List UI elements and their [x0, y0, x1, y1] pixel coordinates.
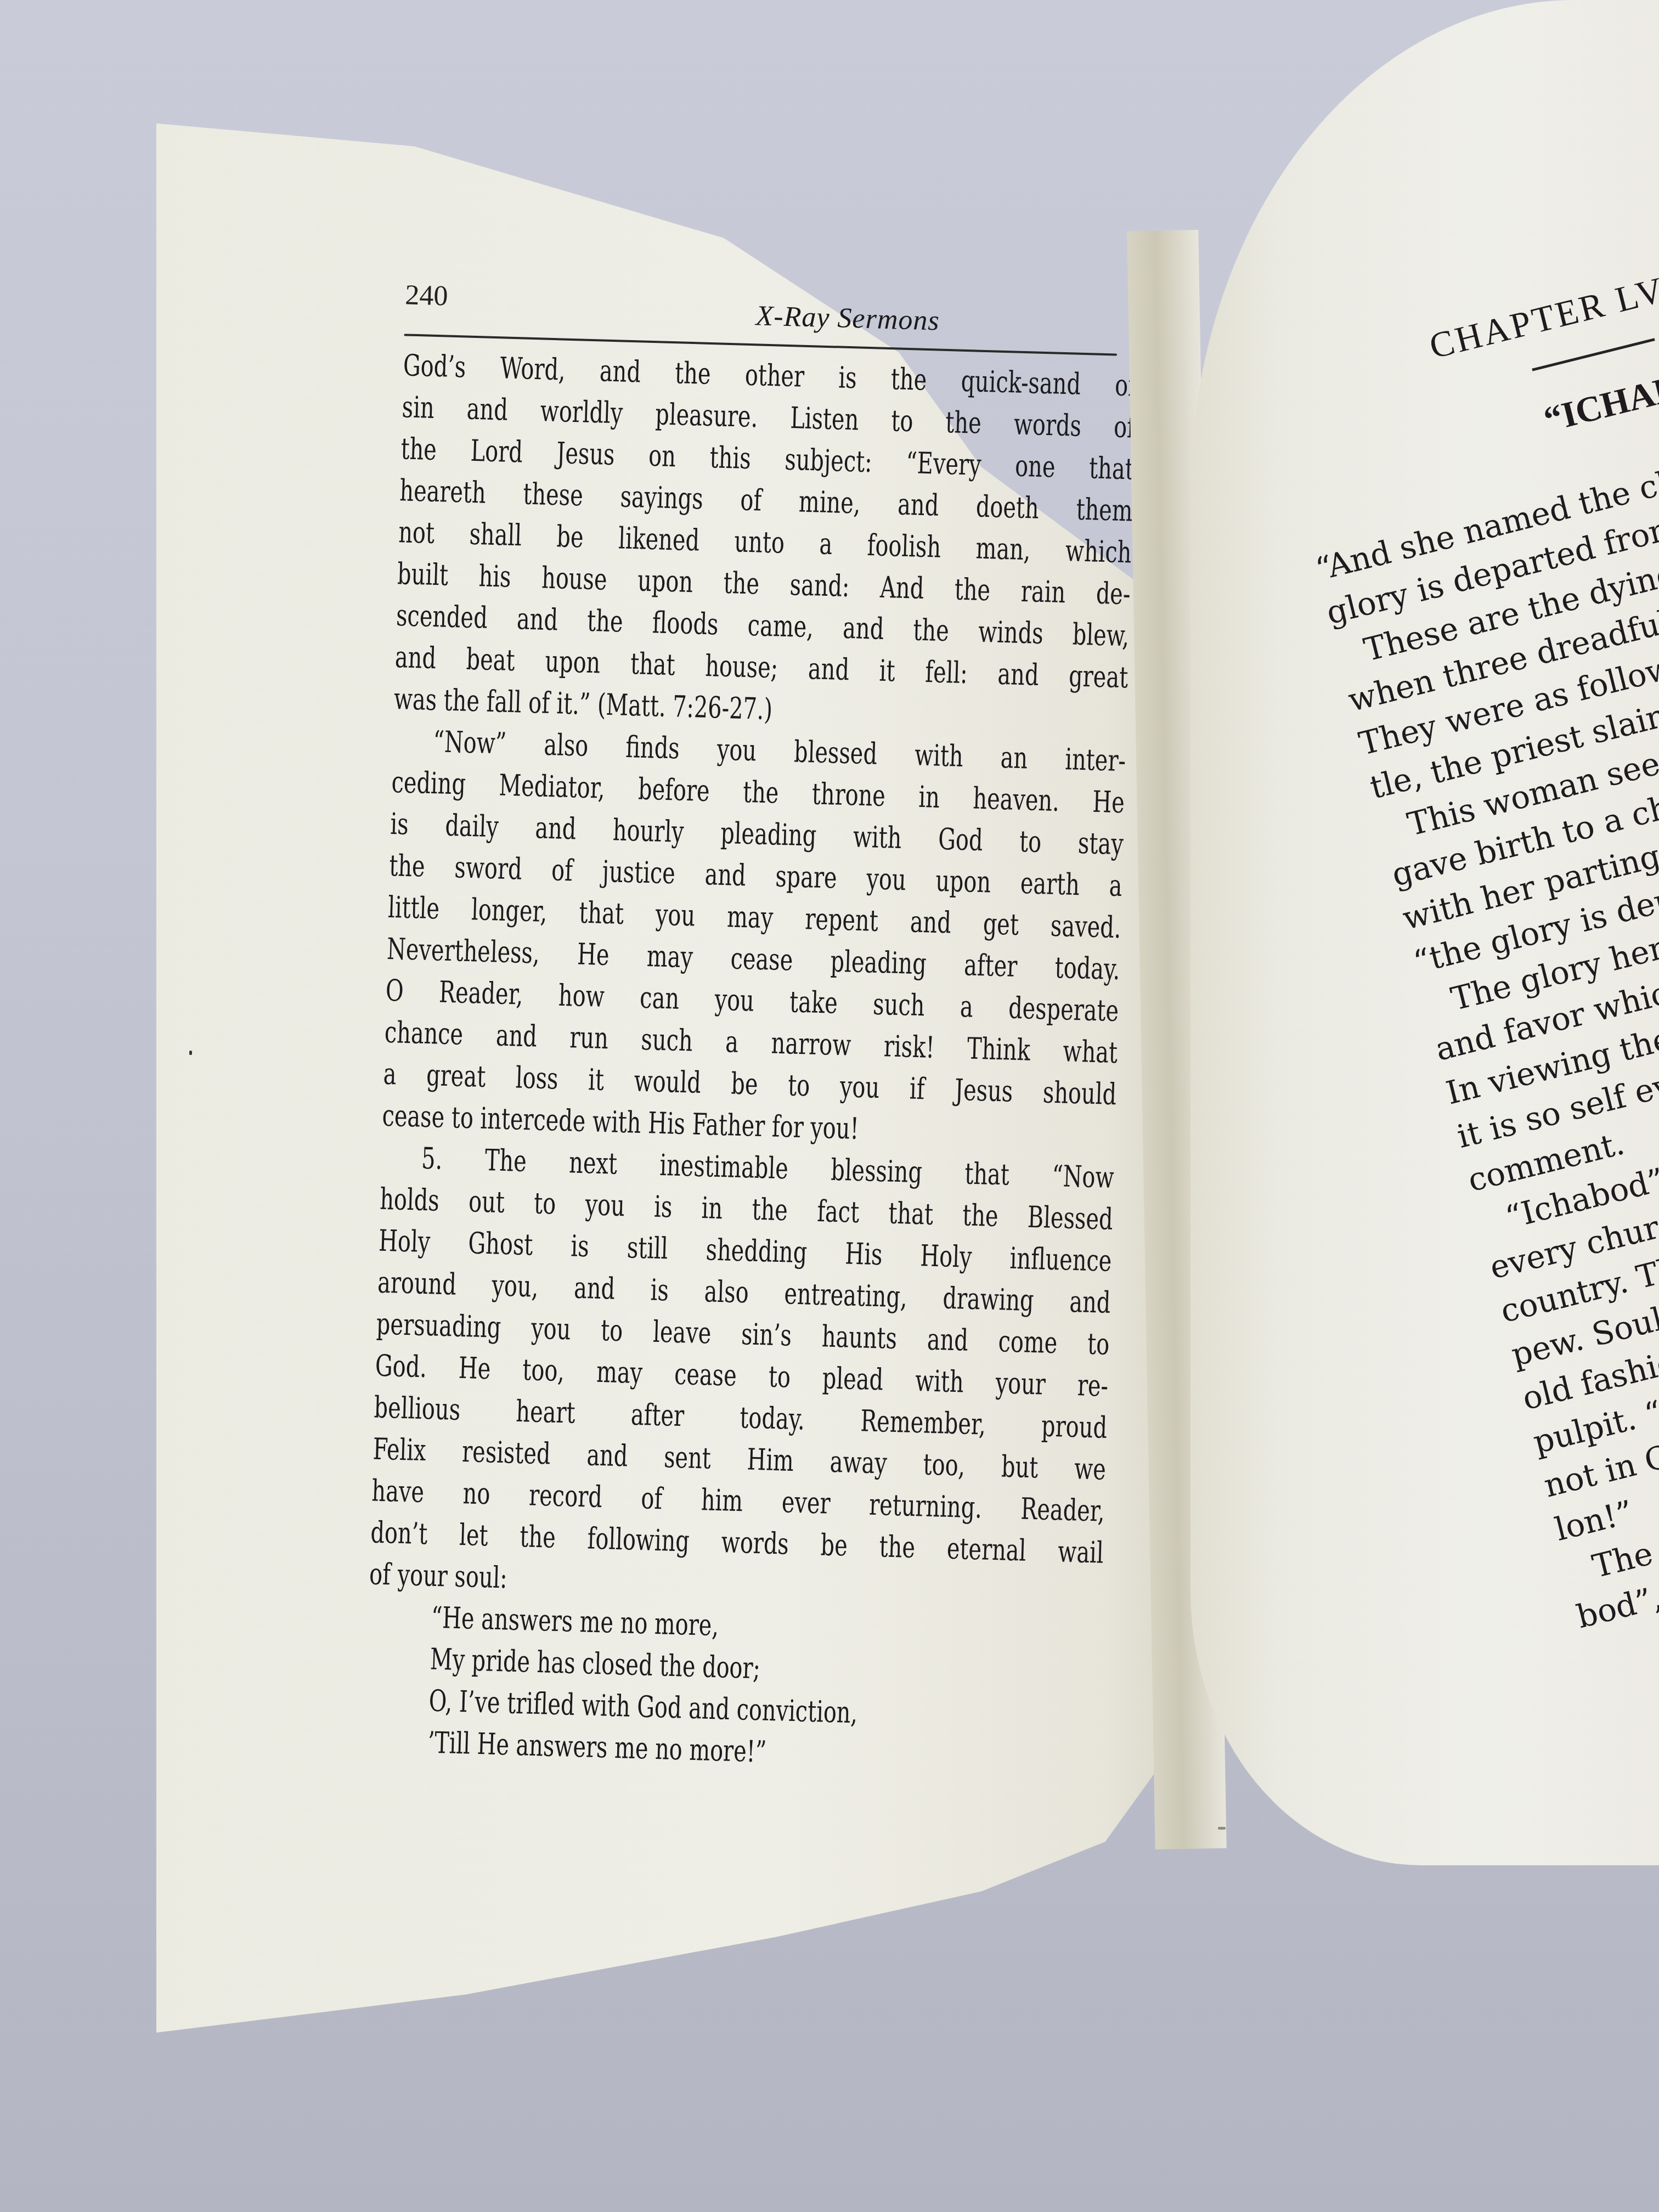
surface-speck: [189, 1051, 192, 1055]
left-page-body: God’s Word, and the other is the quick-s…: [364, 345, 1139, 1782]
running-title: X-Ray Sermons: [755, 300, 940, 337]
page-number: 240: [405, 279, 449, 312]
surface-speck: [1218, 1827, 1226, 1830]
